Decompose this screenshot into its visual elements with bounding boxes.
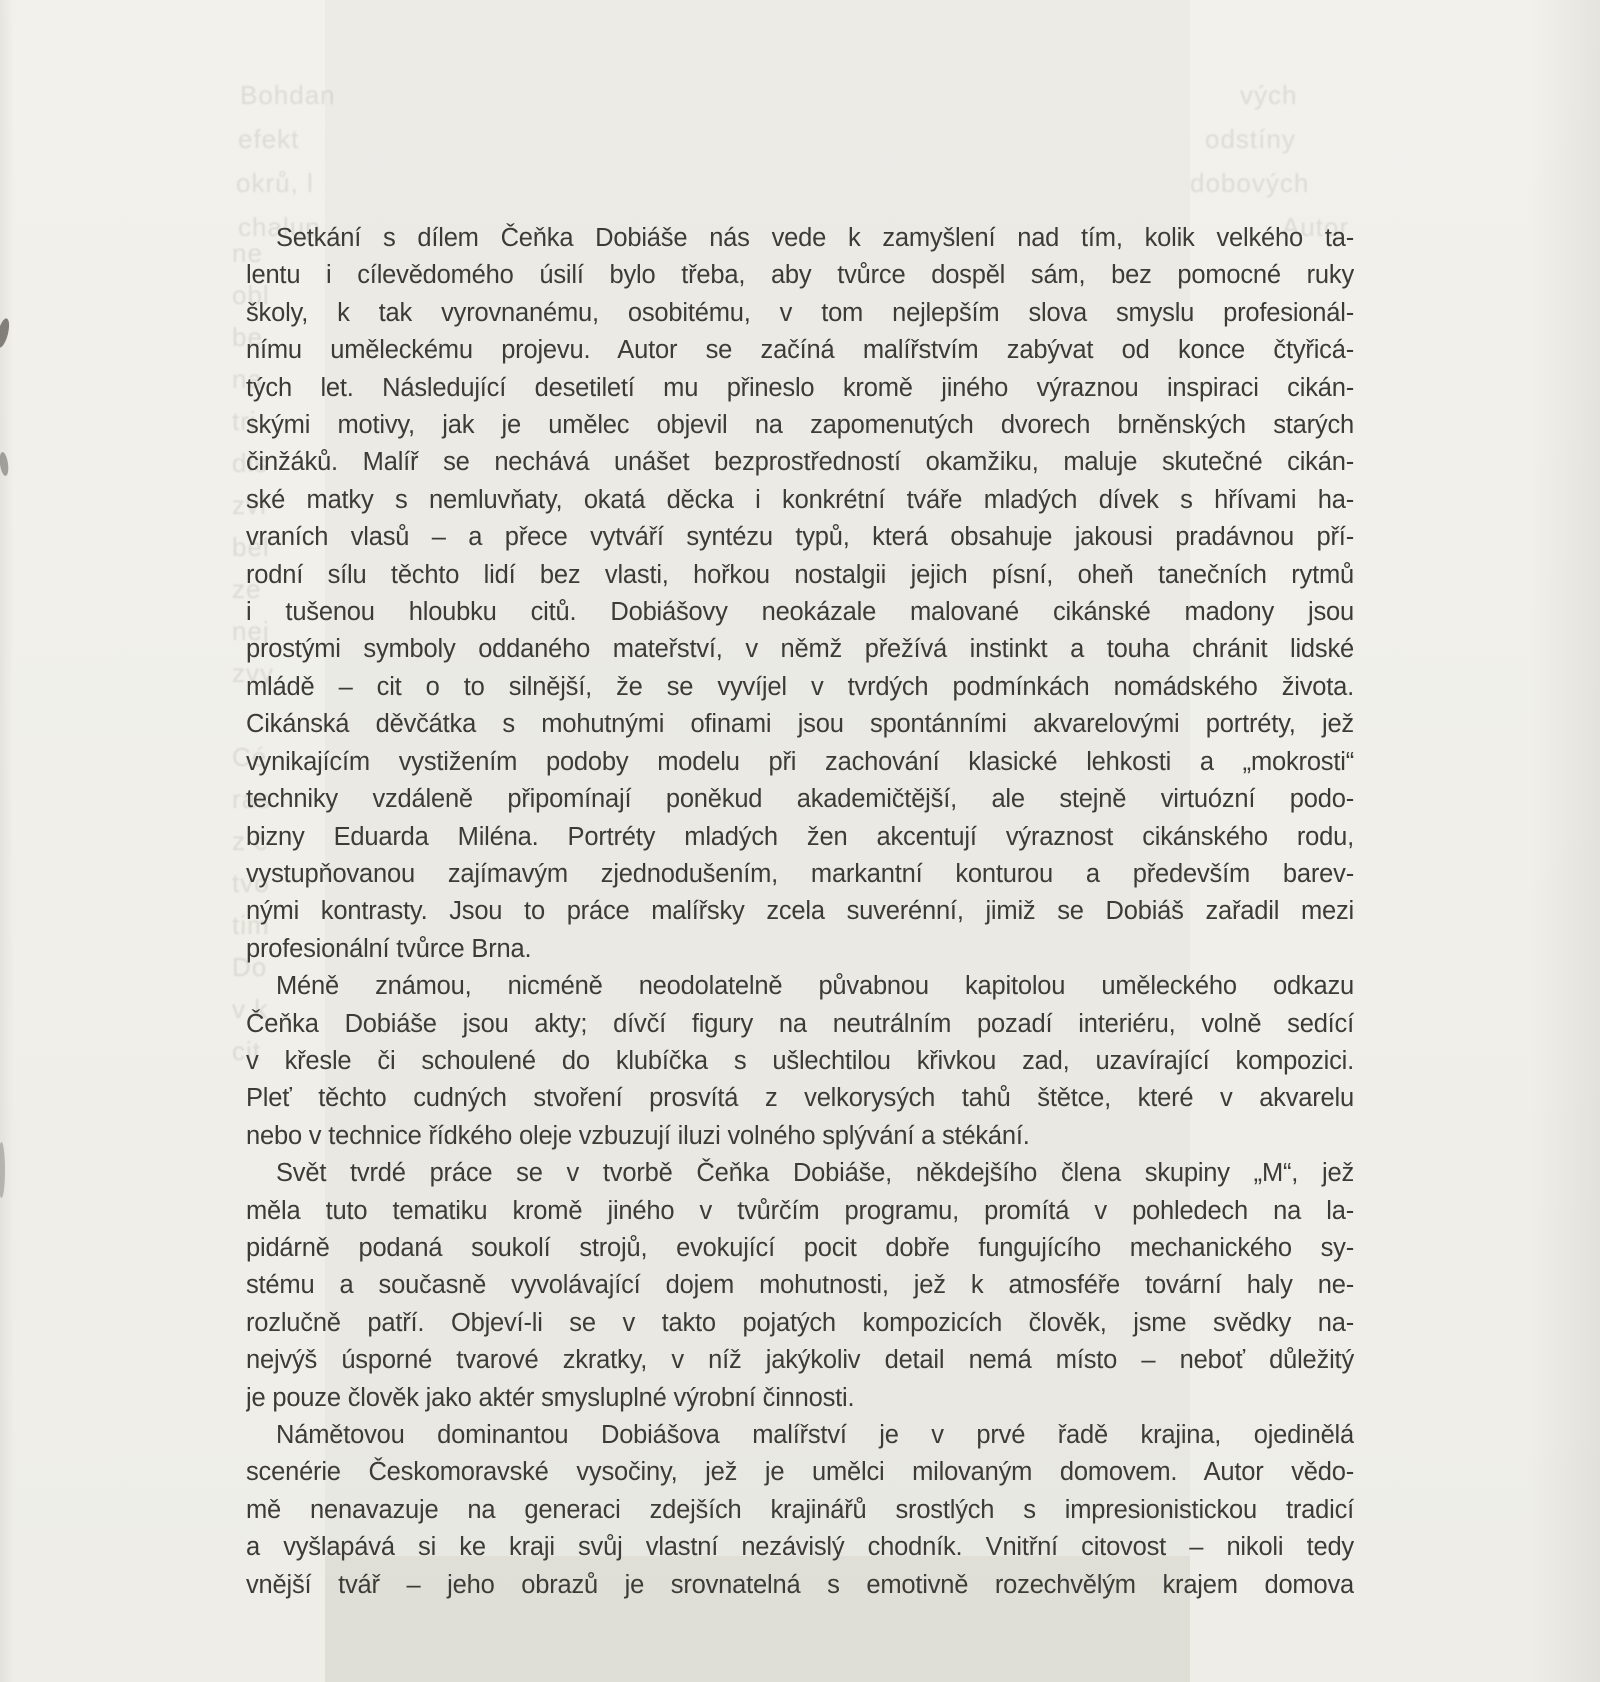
- text-line: vynikajícím vystižením podoby modelu při…: [246, 744, 1354, 781]
- text-line: rozlučně patří. Objeví-li se v takto poj…: [246, 1305, 1354, 1342]
- text-line: Cikánská děvčátka s mohutnými ofinami js…: [246, 706, 1354, 743]
- bleedthrough-text: odstíny: [1205, 124, 1296, 155]
- bleedthrough-text: vých: [1240, 80, 1297, 111]
- text-line: stému a současně vyvolávající dojem mohu…: [246, 1267, 1354, 1304]
- text-line: prostými symboly oddaného mateřství, v n…: [246, 631, 1354, 668]
- text-line: vnější tvář – jeho obrazů je srovnatelná…: [246, 1567, 1354, 1604]
- text-line: pidárně podaná soukolí strojů, evokující…: [246, 1230, 1354, 1267]
- text-line: bizny Eduarda Miléna. Portréty mladých ž…: [246, 819, 1354, 856]
- bleedthrough-text: efekt: [238, 124, 299, 155]
- text-line: rodní sílu těchto lidí bez vlasti, hořko…: [246, 557, 1354, 594]
- text-line: Setkání s dílem Čeňka Dobiáše nás vede k…: [246, 220, 1354, 257]
- body-text: Setkání s dílem Čeňka Dobiáše nás vede k…: [246, 220, 1354, 1604]
- text-line: činžáků. Malíř se nechává unášet bezpros…: [246, 444, 1354, 481]
- text-line: ské matky s nemluvňaty, okatá děcka i ko…: [246, 482, 1354, 519]
- text-line: Méně známou, nicméně neodolatelně půvabn…: [246, 968, 1354, 1005]
- text-line: Pleť těchto cudných stvoření prosvítá z …: [246, 1080, 1354, 1117]
- text-line: nebo v technice řídkého oleje vzbuzují i…: [246, 1118, 1354, 1155]
- bleedthrough-text: dobových: [1190, 168, 1309, 199]
- text-line: mě nenavazuje na generaci zdejších kraji…: [246, 1492, 1354, 1529]
- text-line: vraních vlasů – a přece vytváří syntézu …: [246, 519, 1354, 556]
- text-line: i tušenou hloubku citů. Dobiášovy neokáz…: [246, 594, 1354, 631]
- text-line: techniky vzdáleně připomínají poněkud ak…: [246, 781, 1354, 818]
- text-line: měla tuto tematiku kromě jiného v tvůrčí…: [246, 1193, 1354, 1230]
- text-line: nejvýš úsporné tvarové zkratky, v níž ja…: [246, 1342, 1354, 1379]
- text-line: tých let. Následující desetiletí mu přin…: [246, 370, 1354, 407]
- text-line: nými kontrasty. Jsou to práce malířsky z…: [246, 893, 1354, 930]
- text-line: Námětovou dominantou Dobiášova malířství…: [246, 1417, 1354, 1454]
- text-line: je pouze člověk jako aktér smysluplné vý…: [246, 1380, 1354, 1417]
- text-line: Svět tvrdé práce se v tvorbě Čeňka Dobiá…: [246, 1155, 1354, 1192]
- text-line: profesionální tvůrce Brna.: [246, 931, 1354, 968]
- bleedthrough-text: okrů, l: [236, 168, 314, 199]
- text-line: vystupňovanou zajímavým zjednodušením, m…: [246, 856, 1354, 893]
- text-line: lentu i cílevědomého úsilí bylo třeba, a…: [246, 257, 1354, 294]
- scanned-book-page: Bohdanvýchefektodstínyokrů, ldobovýchcha…: [0, 0, 1600, 1682]
- bleedthrough-text: Bohdan: [240, 80, 336, 111]
- text-line: školy, k tak vyrovnanému, osobitému, v t…: [246, 295, 1354, 332]
- text-line: a vyšlapává si ke kraji svůj vlastní nez…: [246, 1529, 1354, 1566]
- text-line: skými motivy, jak je umělec objevil na z…: [246, 407, 1354, 444]
- text-line: mládě – cit o to silnější, že se vyvíjel…: [246, 669, 1354, 706]
- text-line: Čeňka Dobiáše jsou akty; dívčí figury na…: [246, 1006, 1354, 1043]
- text-line: scenérie Českomoravské vysočiny, jež je …: [246, 1454, 1354, 1491]
- text-line: nímu uměleckému projevu. Autor se začíná…: [246, 332, 1354, 369]
- text-line: v křesle či schoulené do klubíčka s ušle…: [246, 1043, 1354, 1080]
